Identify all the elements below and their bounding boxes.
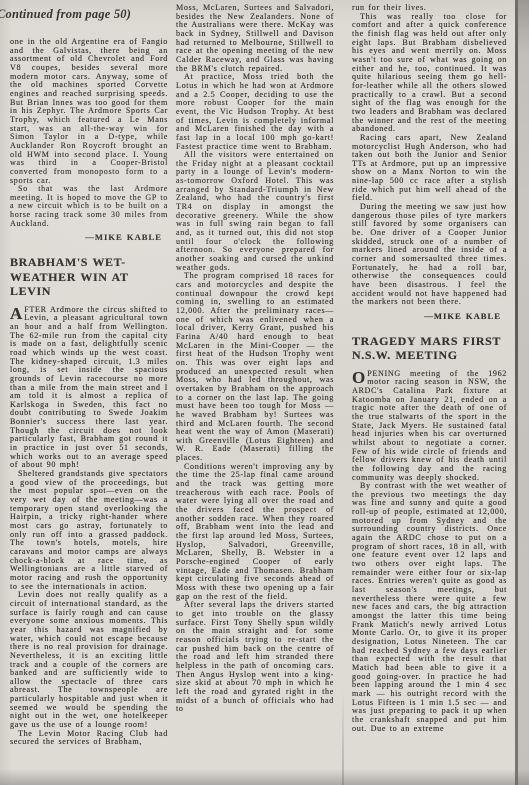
edge-fragment: l (0, 427, 4, 436)
page-bottom-shadow (0, 769, 529, 785)
body-paragraph: Sheltered grandstands give spectators a … (10, 470, 168, 591)
body-paragraph: By contrast with the wet weather of the … (352, 482, 507, 733)
body-paragraph: Levin does not really qualify as a circu… (10, 591, 168, 730)
body-paragraph: So that was the last Ardmore meeting. It… (10, 185, 168, 228)
page-edge-strip (518, 0, 529, 785)
body-paragraph: Moss, McLaren, Surtees and Salvadori, be… (176, 4, 334, 73)
author-byline: —MIKE KABLE (10, 233, 162, 242)
edge-fragment: e (0, 562, 4, 571)
edge-fragment: o (0, 629, 4, 638)
edge-fragment: d (0, 460, 4, 469)
edge-fragment: r (0, 757, 4, 766)
edge-fragment: e (0, 444, 4, 453)
body-paragraph: one in the old Argentine era of Fangio a… (10, 38, 168, 185)
edge-fragment: s (0, 494, 4, 503)
edge-fragment: t (0, 545, 4, 554)
edge-fragment: y (0, 477, 4, 486)
edge-fragment: a (0, 680, 4, 689)
body-paragraph: Racing cars apart, New Zealand motorcycl… (352, 134, 507, 203)
body-paragraph: At practice, Moss tried both the Lotus i… (176, 73, 334, 151)
body-paragraph: After several laps the drivers started t… (176, 601, 334, 714)
article-headline: TRAGEDY MARS FIRST N.S.W. MEETING (352, 334, 507, 363)
edge-fragment: s (0, 612, 4, 621)
edge-fragment: t (0, 646, 4, 655)
drop-cap: O (352, 371, 367, 386)
column-2: Moss, McLaren, Surtees and Salvadori, be… (176, 4, 334, 714)
column-3: run for their lives.This was really too … (352, 4, 507, 733)
body-paragraph: This was really too close for comfort an… (352, 13, 507, 134)
body-paragraph: OPENING meeting of the 1962 motor racing… (352, 370, 507, 483)
column-1: one in the old Argentine era of Fangio a… (10, 38, 168, 747)
edge-fragment: n (0, 596, 4, 605)
body-paragraph: The program comprised 18 races for cars … (176, 272, 334, 462)
body-paragraph: The Levin Motor Racing Club had secured … (10, 730, 168, 747)
edge-fragment: o (0, 511, 4, 520)
page-edge-line (515, 0, 518, 785)
edge-fragment: e (0, 663, 4, 672)
body-paragraph: During the meeting we saw just how dange… (352, 203, 507, 307)
edge-fragment: e (0, 740, 4, 749)
drop-cap: A (10, 307, 24, 322)
article-headline: BRABHAM'S WET-WEATHER WIN AT LEVIN (10, 255, 168, 299)
body-paragraph: All the visitors were entertained on the… (176, 151, 334, 272)
body-paragraph: AFTER Ardmore the circus shifted to Levi… (10, 306, 168, 470)
edge-fragment: z (0, 528, 4, 537)
magazine-page: Continued from page 50) one in the old A… (0, 0, 529, 785)
author-byline: —MIKE KABLE (352, 312, 501, 321)
body-paragraph: Conditions weren't improving any by the … (176, 463, 334, 602)
continued-from-note: Continued from page 50) (0, 7, 197, 22)
edge-fragment: d (0, 579, 4, 588)
